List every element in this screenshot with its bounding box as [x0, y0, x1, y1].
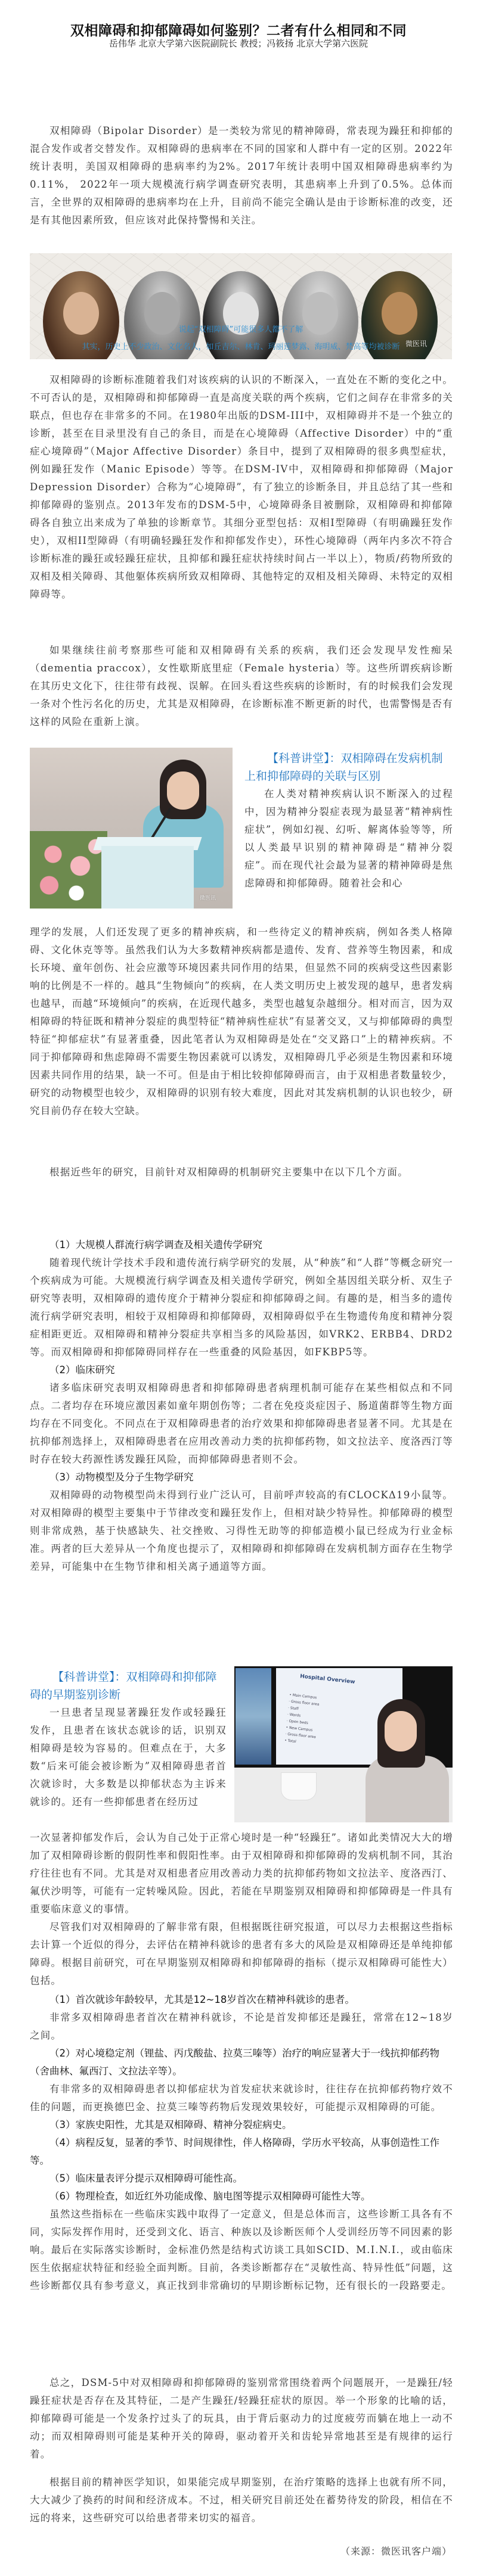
- section1-lead: 根据近些年的研究，目前针对双相障碍的机制研究主要集中在以下几个方面。: [30, 1163, 453, 1181]
- indicator-title-3: （3）家族史阳性，尤其是双相障碍、精神分裂症病史。: [30, 2116, 453, 2134]
- source-attribution: （来源：微医讯客户端）: [213, 2544, 452, 2558]
- indicator-list: （1）首次就诊年龄较早，尤其是12~18岁首次在精神科就诊的患者。 非常多双相障…: [30, 1991, 453, 2295]
- indicator-title-4: （4）病程反复，显著的季节、时间规律性，伴人格障碍，学历水平较高，从事创造性工作…: [30, 2134, 453, 2170]
- section2-body: 一次显著抑郁发作后，会认为自己处于正常心境时是一种“轻躁狂”。诸如此类情况大大的…: [30, 1829, 453, 1918]
- section2-heading: 【科普讲堂】：双相障碍和抑郁障碍的早期鉴别诊断: [30, 1668, 227, 1704]
- banner-caption-line2: 其实，历史上不少政治、文化名人，如丘吉尔、林肯、玛丽莲梦露、海明威、梵高等均被诊…: [30, 340, 452, 351]
- indicator-title-1: （1）首次就诊年龄较早，尤其是12~18岁首次在精神科就诊的患者。: [30, 1991, 453, 2009]
- mechanism-body-1: 随着现代统计学技术手段和遗传流行病学研究的发展，从“种族”和“人群”等概念研究一…: [30, 1254, 453, 1361]
- section1-side-text: 在人类对精神疾病认识不断深入的过程中，因为精神分裂症表现为最显著“精神病性症状”…: [244, 785, 453, 892]
- history-paragraph: 如果继续往前考察那些可能和双相障碍有关系的疾病，我们还会发现早发性痴呆（deme…: [30, 642, 453, 731]
- section1-heading: 【科普讲堂】：双相障碍在发病机制上和抑郁障碍的关联与区别: [244, 749, 453, 785]
- section2-side-text: 一旦患者呈现显著躁狂发作或轻躁狂发作，且患者在该状态就诊的话，识别双相障碍是较为…: [30, 1704, 227, 1811]
- photo-watermark: 微医讯: [200, 894, 216, 901]
- closing-paragraph: 根据目前的精神医学知识，如果能完成早期鉴别，在治疗策略的选择上也就有所不同，大大…: [30, 2474, 453, 2527]
- mechanism-body-3: 双相障碍的动物模型尚未得到行业广泛认可，目前呼声较高的有CLOCKΔ19小鼠等。…: [30, 1486, 453, 1576]
- indicator-body-1: 非常多双相障碍患者首次在精神科就诊，不论是首发抑郁还是躁狂，常常在12~18岁之…: [30, 2009, 453, 2045]
- mechanism-title-2: （2）临床研究: [30, 1361, 453, 1379]
- article-byline: 岳伟华 北京大学第六医院副院长 教授；冯筱扬 北京大学第六医院: [0, 37, 477, 49]
- diagnostic-tools-paragraph: 虽然这些指标在一些临床实践中取得了一定意义，但是总体而言，这些诊断工具各有不同，…: [30, 2205, 453, 2295]
- mechanism-title-1: （1）大规模人群流行病学调查及相关遗传学研究: [30, 1236, 453, 1254]
- mechanism-title-3: （3）动物模型及分子生物学研究: [30, 1469, 453, 1486]
- diagnosis-paragraph: 双相障碍的诊断标准随着我们对该疾病的认识的不断深入，一直处在不断的变化之中。不可…: [30, 371, 453, 603]
- famous-people-banner: 说起“双相障碍”可能很多人都不了解 其实，历史上不少政治、文化名人，如丘吉尔、林…: [30, 253, 452, 359]
- section2-lead: 尽管我们对双相障碍的了解非常有限，但根据既往研究报道，可以尽力去根据这些指标去计…: [30, 1918, 453, 1990]
- section1-side-column: 【科普讲堂】：双相障碍在发病机制上和抑郁障碍的关联与区别 在人类对精神疾病认识不…: [244, 749, 453, 892]
- indicator-title-5: （5）临床量表评分提示双相障碍可能性高。: [30, 2170, 453, 2188]
- indicator-title-6: （6）物理检查，如近红外功能成像、脑电图等提示双相障碍可能性大等。: [30, 2188, 453, 2205]
- slide-title: Hospital Overview: [300, 1673, 355, 1685]
- conclusion-paragraph: 总之，DSM-5中对双相障碍和抑郁障碍的鉴别常常围绕着两个问题展开，一是躁狂/轻…: [30, 2374, 453, 2463]
- banner-watermark: 微医讯: [405, 338, 427, 349]
- mechanism-body-2: 诸多临床研究表明双相障碍患者和抑郁障碍患者病理机制可能存在某些相似点和不同点。二…: [30, 1379, 453, 1469]
- mechanism-list: （1）大规模人群流行病学调查及相关遗传学研究 随着现代统计学技术手段和遗传流行病…: [30, 1236, 453, 1576]
- indicator-title-2: （2）对心境稳定剂（锂盐、丙戊酸盐、拉莫三嗪等）治疗的响应显著大于一线抗抑郁药物…: [30, 2045, 453, 2080]
- slide-body: • Main Campus· Gross floor area· Staff· …: [284, 1691, 355, 1750]
- intro-paragraph: 双相障碍（Bipolar Disorder）是一类较为常见的精神障碍，常表现为躁…: [30, 122, 453, 229]
- section2-side-column: 【科普讲堂】：双相障碍和抑郁障碍的早期鉴别诊断 一旦患者呈现显著躁狂发作或轻躁狂…: [30, 1668, 227, 1811]
- banner-caption-line1: 说起“双相障碍”可能很多人都不了解: [30, 323, 452, 334]
- speaker-photo-presentation: Hospital Overview • Main Campus· Gross f…: [234, 1666, 453, 1822]
- speaker-photo-podium: 微医讯: [30, 748, 233, 909]
- section1-body: 理学的发展，人们还发现了更多的精神疾病，和一些待定义的精神疾病，例如各类人格障碍…: [30, 923, 453, 1120]
- indicator-body-2: 有非常多的双相障碍患者以抑郁症状为首发症状来就诊时，往往存在抗抑郁药物疗效不佳的…: [30, 2080, 453, 2116]
